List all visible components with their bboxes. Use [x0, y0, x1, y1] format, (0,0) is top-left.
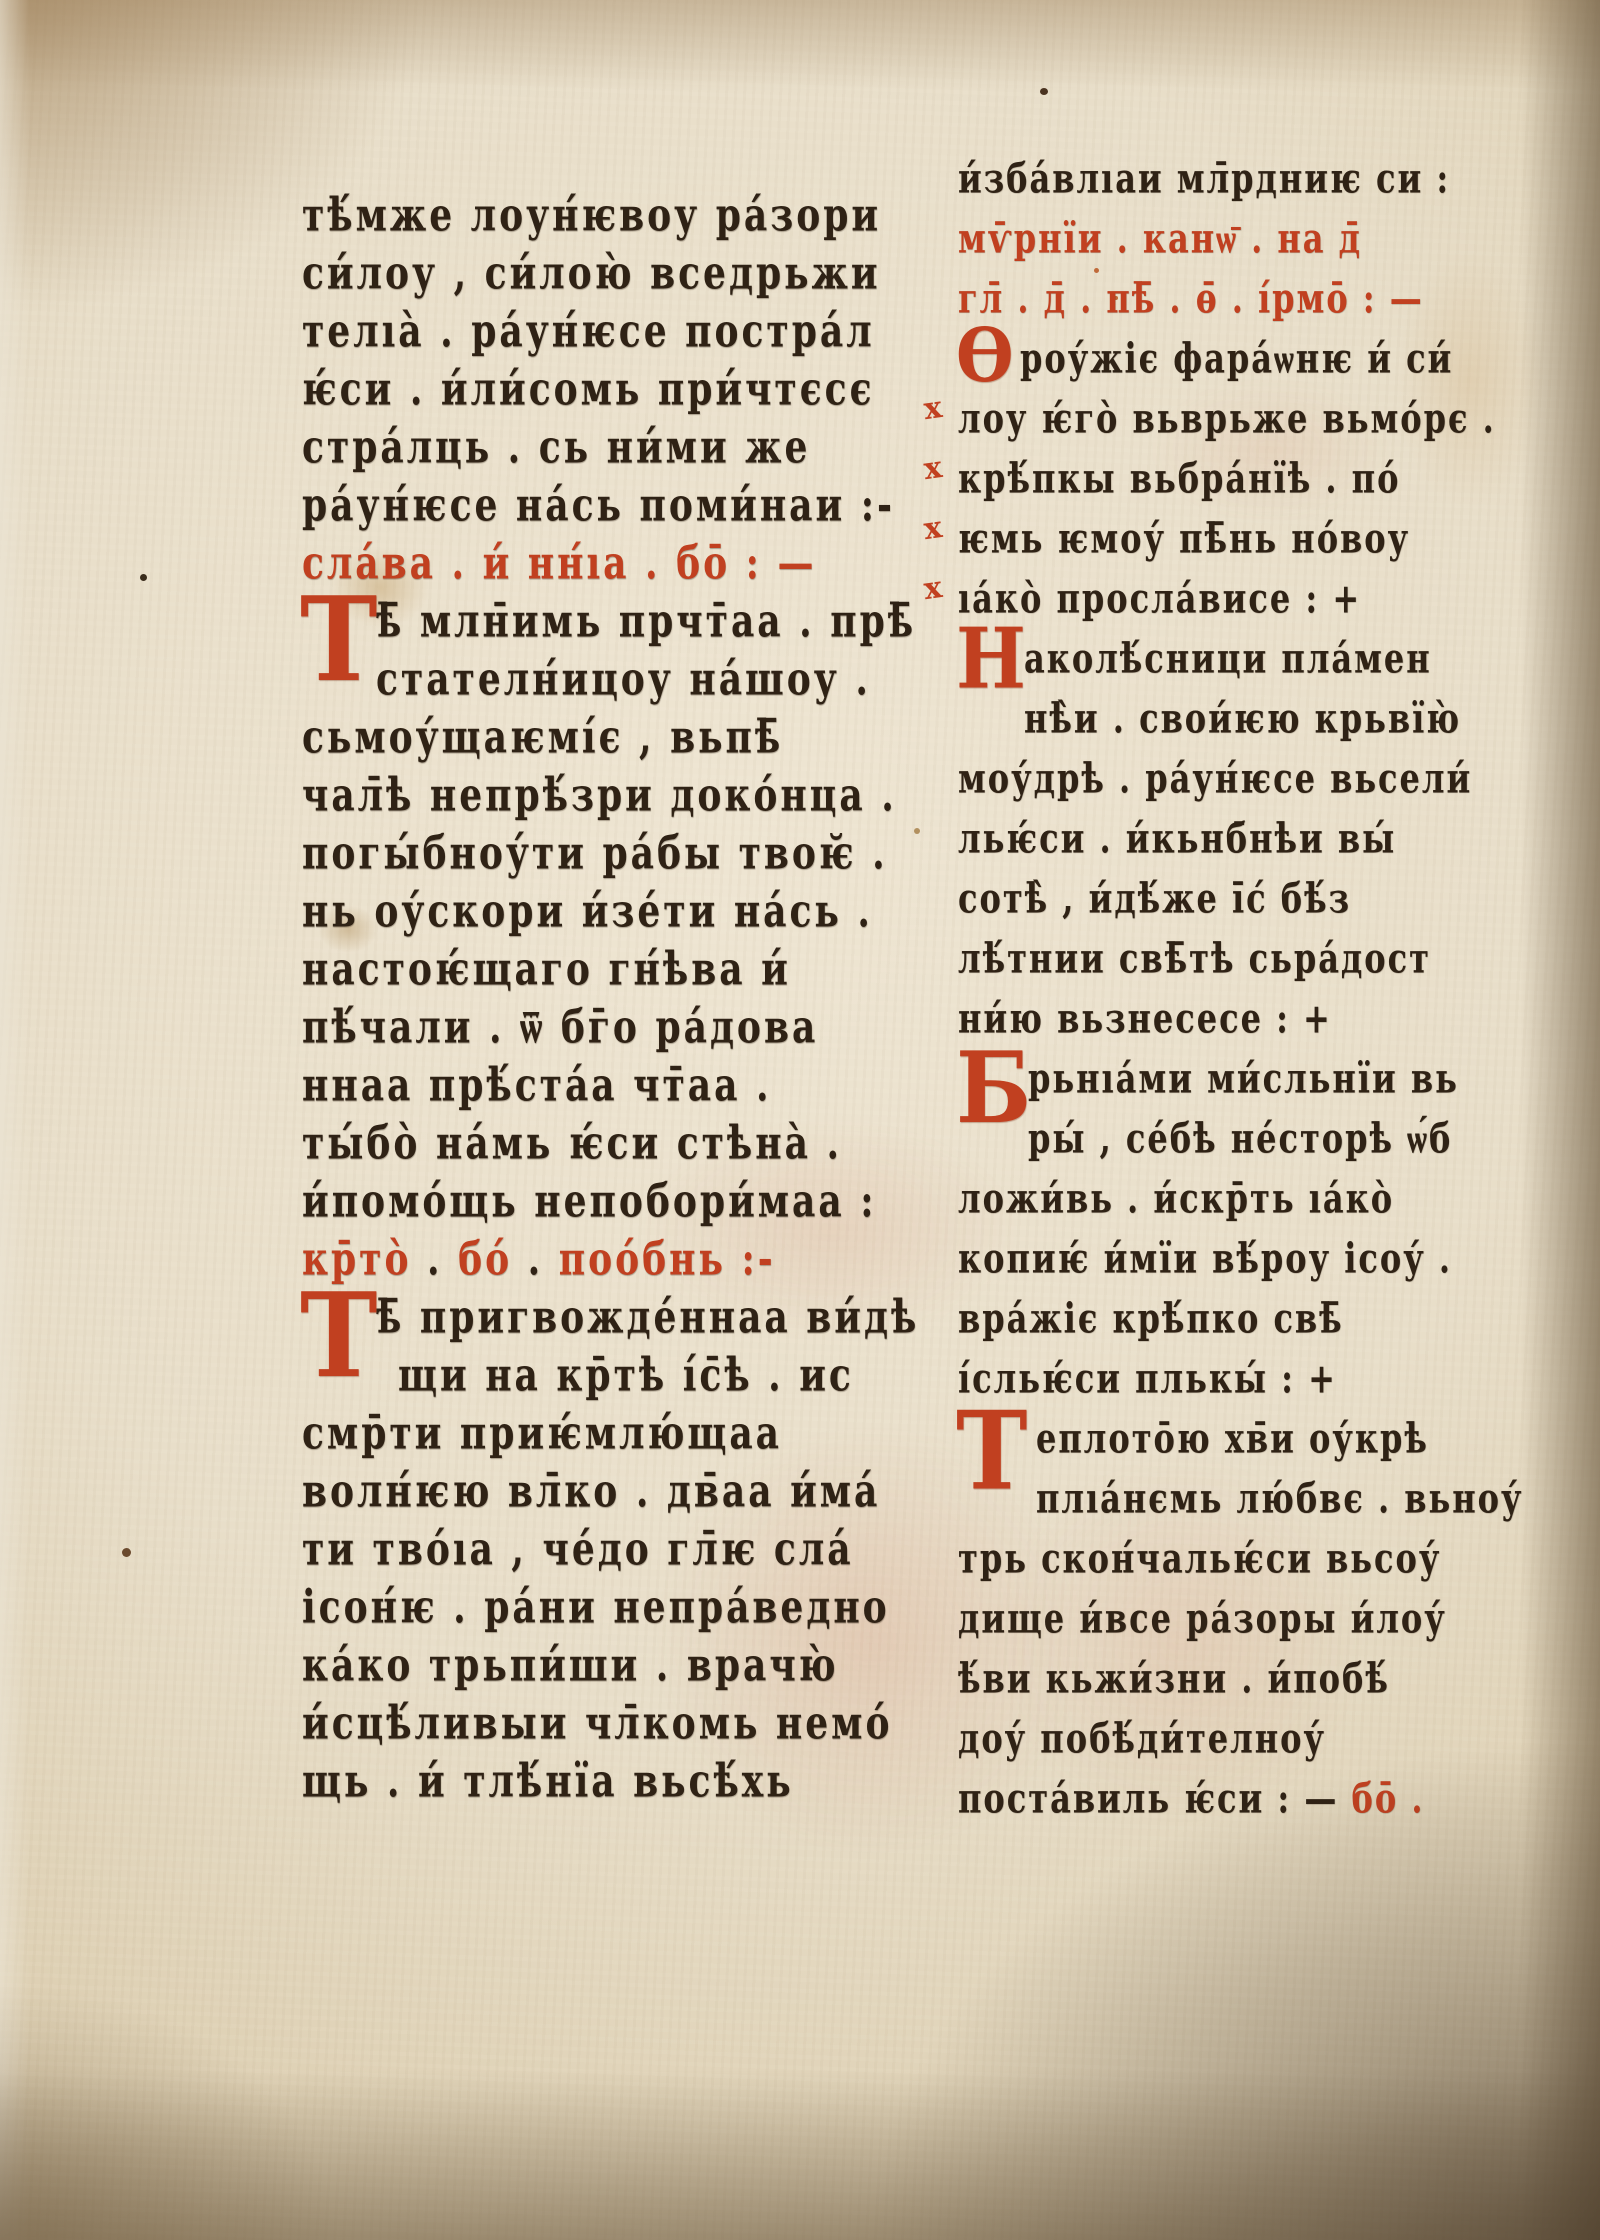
text-run: сотѣ̀ , и́дѣ́же і̄с́ бѣ́з: [958, 874, 1351, 923]
text-run: щи на кр̄тѣ і́с̄ѣ . ис: [398, 1348, 854, 1402]
text-run: вра́жіє крѣ́пко свѣ̄: [958, 1294, 1344, 1343]
text-run: ры́ , се́бѣ не́сторѣ ѡ́б: [1028, 1114, 1452, 1163]
text-run: бо́: [458, 1232, 512, 1286]
refrain-mark-icon: х: [922, 513, 946, 545]
text-run: поста́виль ѥ́си : —: [958, 1774, 1351, 1823]
text-run: щь . и́ тлѣ́нїа вьсѣ́хь: [302, 1754, 794, 1808]
text-run: тѣ́мже лоун́ѥвоу ра́зори: [302, 188, 881, 242]
text-run: .: [412, 1232, 459, 1286]
text-run: рьнıа́ми ми́сльнїи вь: [1028, 1054, 1459, 1103]
text-column-right: и́зба́влıаи мл̄рдниѥ си :мѵ̄рнїи . канѡ̄…: [958, 150, 1524, 1830]
text-run: чал̄ѣ непрѣ́зри доко́нца .: [302, 768, 897, 822]
text-run: ложи́вь . и́скр̄ть ıа́ко̀: [958, 1174, 1394, 1223]
illuminated-initial: Т: [956, 1398, 1029, 1506]
text-run: ѣ̄ пригвожде́ннаа ви́дѣ: [376, 1290, 919, 1344]
text-run: стра́лць . сь ни́ми же: [302, 420, 810, 474]
text-run-group: щь . и́ тлѣ́нїа вьсѣ́хь: [302, 1744, 794, 1818]
text-run: нѣ̀и . свои́ѥю крьвїю̀: [1024, 694, 1461, 743]
text-run: смр̄ти приѥ́млю́щаа: [302, 1406, 782, 1460]
text-run: пѣ́чали . ѿ бг̄о ра́дова: [302, 1000, 818, 1054]
text-run: ѥмь ѥмоу́ пѣ̄нь но́воу: [958, 514, 1410, 563]
page-edge-shading: [0, 2070, 1600, 2240]
text-run: лоу ѥ́го̀ вьврьже вьмо́рє .: [958, 394, 1496, 443]
text-run: нь оу́скори и́зе́ти на́сь .: [302, 884, 873, 938]
text-run: и́сцѣ́ливыи чл̄комь немо́: [302, 1696, 892, 1750]
text-run: сьмоу́щаѥмі́є , вьпѣ̄: [302, 710, 783, 764]
text-run: и́помо́щь непобори́маа :: [302, 1174, 877, 1228]
text-run: .: [512, 1232, 559, 1286]
text-run: си́лоу , си́лою̀ вседрьжи: [302, 246, 881, 300]
text-run: телıа̀ . ра́ун́ѥсе постра́л: [302, 304, 875, 358]
text-run: дище и́все ра́зоры и́лоу́: [958, 1594, 1447, 1643]
text-run: погы́бноу́ти ра́бы твоѥ̆ .: [302, 826, 888, 880]
refrain-mark-icon: х: [922, 393, 946, 425]
text-line: щь . и́ тлѣ́нїа вьсѣ́хь: [302, 1754, 919, 1812]
text-run: ра́ун́ѥсе на́сь поми́наи :-: [302, 478, 895, 532]
page-corner-shadow: [0, 1980, 340, 2240]
illuminated-initial: Ѳ: [956, 318, 1016, 392]
text-run: моу́дрѣ . ра́ун́ѥсе вьсели́: [958, 754, 1472, 803]
text-run: ты́бо̀ на́мь ѥ́си стѣна̀ .: [302, 1116, 842, 1170]
text-run: трь скон́чальѥ́си вьсоу́: [958, 1534, 1441, 1583]
text-run: аколѣ́сници пла́мен: [1024, 634, 1432, 683]
text-column-left: тѣ́мже лоун́ѥвоу ра́зориси́лоу , си́лою̀…: [302, 188, 919, 1812]
text-run: ка́ко трьпи́ши . врачю̀: [302, 1638, 839, 1692]
ink-speck: [1040, 88, 1048, 95]
text-run: ннаа прѣ́ста́а чт̄аа .: [302, 1058, 772, 1112]
text-run: ѣ́ви кьжи́зни . и́побѣ́: [958, 1654, 1390, 1703]
refrain-mark-icon: х: [922, 573, 946, 605]
illuminated-initial: Т: [300, 1278, 380, 1394]
page-edge-highlight: [0, 0, 30, 2240]
text-run: копиѥ́ и́мїи вѣ́роу ісоу́ .: [958, 1234, 1452, 1283]
text-line: поста́виль ѥ́си : — бо̄ .: [958, 1770, 1524, 1830]
text-run: стателн́ицоу на́шоу .: [376, 652, 871, 706]
illuminated-initial: Н: [956, 618, 1028, 701]
text-run: ѣ̄ млн̄имь прчт̄аа . прѣ̄: [376, 594, 916, 648]
ink-speck: [122, 1548, 131, 1557]
text-run: поо́бнь :-: [559, 1232, 776, 1286]
refrain-mark-icon: х: [922, 453, 946, 485]
manuscript-page: тѣ́мже лоун́ѥвоу ра́зориси́лоу , си́лою̀…: [0, 0, 1600, 2240]
text-run: крѣ́пкы вьбра́нїѣ . по́: [958, 454, 1400, 503]
text-run-group: поста́виль ѥ́си : — бо̄ .: [958, 1760, 1424, 1837]
text-run: лѣ́тнии свѣ̄тѣ сьра́дост: [958, 934, 1431, 983]
text-run: мѵ̄рнїи . канѡ̄ . на д̄: [958, 214, 1362, 263]
text-run: плıа́нємь лю́бвє . вьноу́: [1036, 1474, 1524, 1523]
gutter-shadow: [1520, 0, 1600, 2240]
text-run: ѥ́си . и́ли́сомь при́чтєсє: [302, 362, 875, 416]
text-run: ісон́ѥ . ра́ни непра́ведно: [302, 1580, 890, 1634]
text-run: льѥ́си . и́кьнб̄нѣи вы́: [958, 814, 1396, 863]
page-edge-shading: [0, 0, 1600, 90]
text-run: роу́жіє фара́ѡнѥ и́ си́: [1020, 334, 1453, 383]
illuminated-initial: Т: [300, 582, 380, 698]
text-run: настоѥ́щаго гн́ѣва и́: [302, 942, 791, 996]
text-run: доу́ побѣ́ди́телноу́: [958, 1714, 1326, 1763]
ink-speck: [140, 574, 147, 581]
text-run: бо̄ .: [1351, 1774, 1424, 1823]
text-run: волн́ѥю вл̄ко . дв̄аа и́ма́: [302, 1464, 880, 1518]
illuminated-initial: Б: [956, 1038, 1033, 1137]
text-run: гл̄ . д̄ . пѣ̄ . ѳ̄ . і́рмо̄ : —: [958, 274, 1424, 323]
text-run: еплото̄ю хв̄и оу́крѣ: [1036, 1414, 1429, 1463]
text-run: и́зба́влıаи мл̄рдниѥ си :: [958, 154, 1450, 203]
text-run: ти тво́ıа , че́до гл̄ѥ сла́: [302, 1522, 854, 1576]
